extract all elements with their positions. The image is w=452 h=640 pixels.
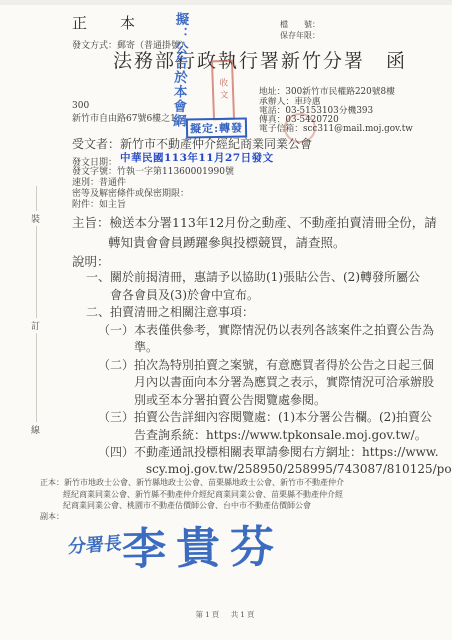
distribution-line-1: 正本：新竹市地政士公會、新竹縣地政士公會、苗栗縣地政士公會、新竹市不動產仲介 [40, 477, 344, 488]
cc-label: 副本： [40, 511, 64, 522]
subject-line-1: 主旨：檢送本分署113年12月份之動產、不動產拍賣清冊全份，請 [72, 213, 437, 231]
description-line-9: （三）拍賣公告詳細內容閱覽處：(1)本分署公告欄。(2)拍賣公 [98, 408, 432, 425]
recipient-zip: 300 [72, 101, 89, 111]
distribution-line-3: 紀商業同業公會、桃園市不動產估價師公會、台中市不動產估價師公會 [63, 500, 311, 511]
attachment-line: 附件：如主旨 [72, 197, 126, 210]
scan-artifact-top [0, 0, 452, 5]
description-line-4: （一）本表僅供參考，實際情況仍以表列各該案件之拍賣公告為 [98, 321, 434, 338]
receipt-stamp: 收文 [211, 60, 235, 121]
file-number-label: 檔 號： [280, 19, 320, 30]
page-number-footer: 第1頁 共1頁 [0, 609, 452, 620]
document-title: 法務部行政執行署新竹分署 函 [80, 46, 440, 73]
description-line-6: （二）拍次為特別拍賣之案號，有意應買者得於公告之日起三個 [98, 356, 434, 373]
description-line-2: 會各會員及(3)於會中宣布。 [110, 286, 259, 303]
description-line-8: 別或至本分署拍賣公告閱覽處參閱。 [134, 391, 326, 408]
distribution-line-2: 經紀商業同業公會、新竹縣不動產仲介經紀商業同業公會、苗栗縣不動產仲介經 [63, 489, 343, 500]
binding-marker-zhuang: 裝 [31, 211, 40, 226]
recipient-address: 新竹市自由路67號6樓之1 [72, 111, 176, 124]
binding-marker-ding: 訂 [31, 318, 40, 333]
subject-line-2: 轉知貴會會員踴躍參與投標競買，請查照。 [108, 233, 346, 251]
retention-period-label: 保存年限： [280, 30, 320, 41]
binding-marker-xian: 線 [31, 422, 40, 437]
issue-date-stamp: 中華民國113年11月27日發文 [120, 150, 274, 165]
description-line-3: 二、拍賣清冊之相關注意事項： [86, 303, 254, 320]
description-line-7: 月內以書面向本分署為應買之表示，實際情況可洽承辦股 [134, 373, 434, 390]
description-line-1: 一、關於前揭清冊，惠請予以協助(1)張貼公告、(2)轉發所屬公 [86, 268, 420, 285]
signer-signature: 李貴芬 [121, 511, 284, 578]
scanned-official-letter: 正 本 發文方式：郵寄（普通掛號） 檔 號： 保存年限： 法務部行政執行署新竹分… [0, 0, 452, 640]
description-line-5: 準。 [134, 338, 158, 355]
signer-title: 分署長 [67, 529, 123, 559]
description-line-11: （四）不動產通訊投標相關表單請參閱右方網址：https://www. [98, 443, 439, 460]
description-line-10: 告查詢系統：https://www.tpkonsale.moj.gov.tw/。 [134, 426, 427, 443]
agency-email: 電子信箱：scc311@mail.moj.gov.tw [259, 121, 413, 134]
description-line-12: scy.moj.gov.tw/258950/258995/743087/8101… [146, 460, 452, 477]
copy-type-label: 正 本 [72, 12, 144, 33]
